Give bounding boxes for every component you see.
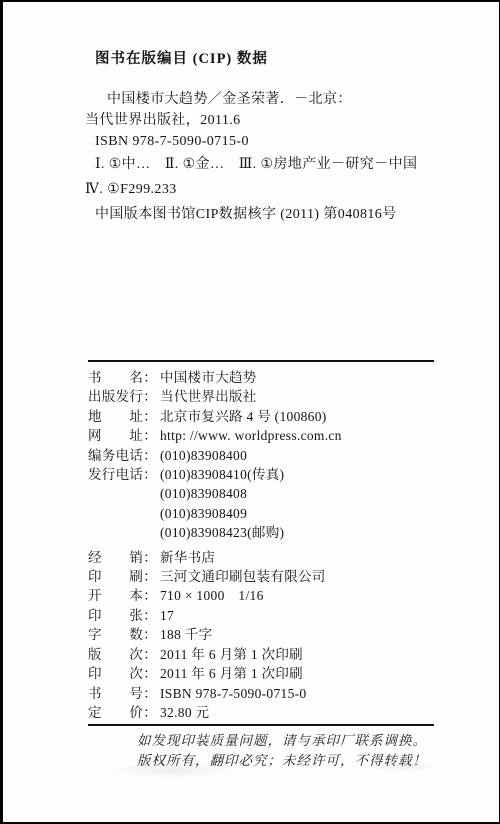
colophon-row-phone-cont: (010)83908408 [88,484,458,503]
colophon-row-sheets: 印 张：17 [88,606,458,625]
cip-block: 图书在版编目 (CIP) 数据 中国楼市大趋势／金圣荣著．－北京： 当代世界出版… [85,50,445,225]
row-label: 印 张： [88,606,160,625]
colophon-row-address: 地 址：北京市复兴路 4 号 (100860) [88,407,458,426]
row-label: 字 数： [88,625,160,644]
colophon-row-isbn: 书 号：ISBN 978-7-5090-0715-0 [88,684,458,703]
row-label: 经 销： [88,548,160,567]
row-label: 书 名： [88,368,160,387]
row-value: (010)83908400 [160,446,458,465]
scan-smudge [363,760,443,772]
colophon-row-distributor: 经 销：新华书店 [88,548,458,567]
cip-title-line: 中国楼市大趋势／金圣荣著．－北京： [85,89,445,110]
row-label: 版 次： [88,645,160,664]
colophon-row-phone-cont: (010)83908423(邮购) [88,523,458,542]
divider-bottom [88,724,434,726]
colophon-row-phone-cont: (010)83908409 [88,504,458,523]
row-label: 发行电话： [88,465,160,484]
cip-classification-line1: Ⅰ. ①中… Ⅱ. ①金… Ⅲ. ①房地产业－研究－中国 [85,154,445,175]
row-value: 北京市复兴路 4 号 (100860) [160,407,458,426]
colophon-row-printer: 印 刷：三河文通印刷包装有限公司 [88,567,458,586]
scanned-book-page: 图书在版编目 (CIP) 数据 中国楼市大趋势／金圣荣著．－北京： 当代世界出版… [3,2,499,822]
colophon-row-word-count: 字 数：188 千字 [88,625,458,644]
divider-top [88,360,434,362]
colophon-row-website: 网 址：http: //www. worldpress.com.cn [88,426,458,445]
row-value: (010)83908409 [160,504,458,523]
row-label: 编务电话： [88,446,160,465]
colophon-row-impression: 印 次：2011 年 6 月第 1 次印刷 [88,664,458,683]
row-label: 网 址： [88,426,160,445]
row-value: 2011 年 6 月第 1 次印刷 [160,664,458,683]
row-label: 书 号： [88,684,160,703]
cip-classification-line2: Ⅳ. ①F299.233 [85,179,445,200]
quality-notice-line1: 如发现印装质量问题，请与承印厂联系调换。 [137,731,427,751]
row-value: ISBN 978-7-5090-0715-0 [160,684,458,703]
row-label [88,504,160,523]
row-value: 新华书店 [160,548,458,567]
colophon-row-book-title: 书 名：中国楼市大趋势 [88,368,458,387]
row-value: 中国楼市大趋势 [160,368,458,387]
row-value: 710 × 1000 1/16 [160,586,458,605]
row-value: 当代世界出版社 [160,387,458,406]
row-value: (010)83908408 [160,484,458,503]
row-label: 印 次： [88,664,160,683]
colophon-row-editorial-phone: 编务电话：(010)83908400 [88,446,458,465]
row-value: 188 千字 [160,625,458,644]
row-value: http: //www. worldpress.com.cn [160,426,458,445]
cip-record-number-line: 中国版本图书馆CIP数据核字 (2011) 第040816号 [85,204,445,225]
row-label [88,484,160,503]
row-label: 出版发行： [88,387,160,406]
row-value: 32.80 元 [160,703,458,722]
cip-heading: 图书在版编目 (CIP) 数据 [85,50,445,69]
scan-smudge [103,762,243,778]
row-value: (010)83908410(传真) [160,465,458,484]
row-label [88,523,160,542]
row-label: 地 址： [88,407,160,426]
row-value: (010)83908423(邮购) [160,523,458,542]
row-value: 17 [160,606,458,625]
row-label: 开 本： [88,586,160,605]
row-value: 2011 年 6 月第 1 次印刷 [160,645,458,664]
row-label: 印 刷： [88,567,160,586]
cip-publisher-line: 当代世界出版社，2011.6 [85,110,445,131]
colophon-row-publisher: 出版发行：当代世界出版社 [88,387,458,406]
colophon-row-edition: 版 次：2011 年 6 月第 1 次印刷 [88,645,458,664]
colophon-block: 书 名：中国楼市大趋势 出版发行：当代世界出版社 地 址：北京市复兴路 4 号 … [88,368,458,722]
colophon-row-price: 定 价：32.80 元 [88,703,458,722]
cip-isbn-line: ISBN 978-7-5090-0715-0 [85,131,445,152]
row-value: 三河文通印刷包装有限公司 [160,567,458,586]
colophon-row-format: 开 本：710 × 1000 1/16 [88,586,458,605]
row-label: 定 价： [88,703,160,722]
colophon-row-distribution-phone: 发行电话：(010)83908410(传真) [88,465,458,484]
